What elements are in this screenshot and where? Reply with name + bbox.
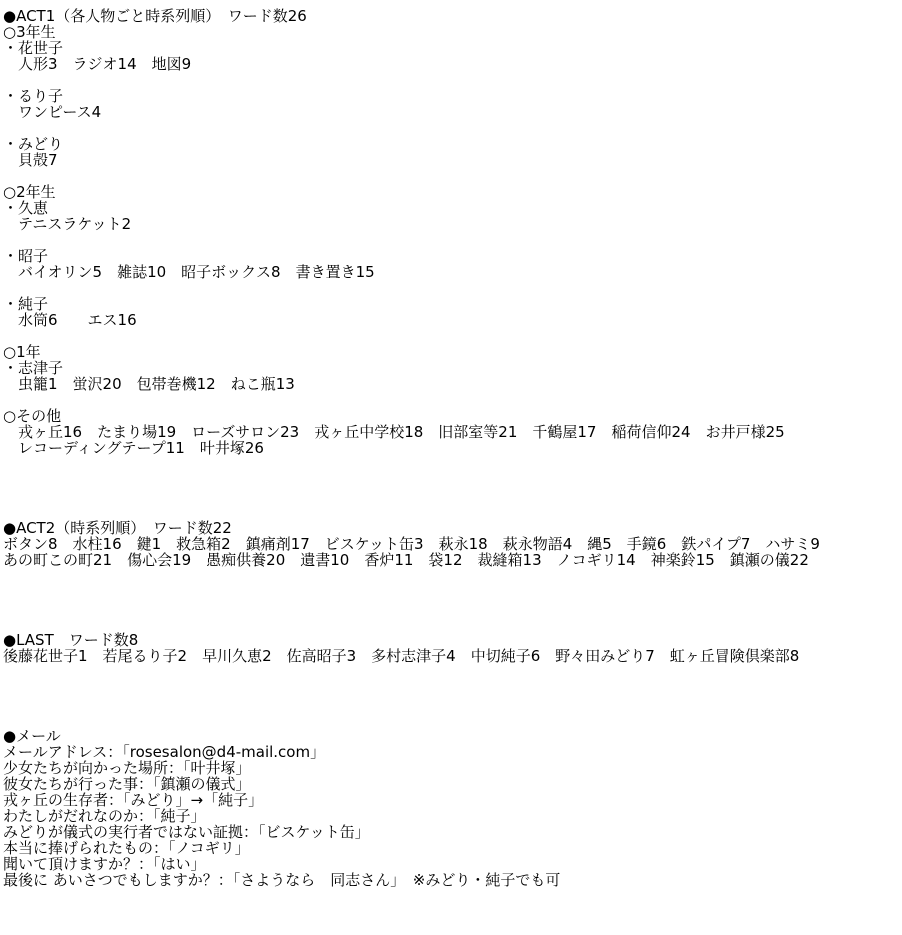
text-line-mail: 彼女たちが行った事：「鎮瀬の儀式」 (3, 776, 902, 792)
text-line-act1: ワンピース4 (3, 104, 902, 120)
section-header-mail: ●メール (3, 728, 902, 744)
text-line-act1: 虫籠1 蛍沢20 包帯巻機12 ねこ瓶13 (3, 376, 902, 392)
blank-line (3, 568, 902, 584)
text-line-mail: 最後に あいさつでもしますか？：「さようなら 同志さん」 ※みどり・純子でも可 (3, 872, 902, 888)
text-line-act2: ボタン8 水柱16 鍵1 救急箱2 鎮痛剤17 ビスケット缶3 萩永18 萩永物… (3, 536, 902, 552)
blank-line (3, 504, 902, 520)
text-line-act1: ・久恵 (3, 200, 902, 216)
text-line-act1: 戎ヶ丘16 たまり場19 ローズサロン23 戎ヶ丘中学校18 旧部室等21 千鶴… (3, 424, 902, 440)
text-line-act1: ○3年生 (3, 24, 902, 40)
text-line-act1: ・昭子 (3, 248, 902, 264)
blank-line (3, 120, 902, 136)
text-line-act1: ○2年生 (3, 184, 902, 200)
blank-line (3, 456, 902, 472)
text-line-act1: 貝殻7 (3, 152, 902, 168)
text-line-act2: あの町この町21 傷心会19 愚痴供養20 遺書10 香炉11 袋12 裁縫箱1… (3, 552, 902, 568)
text-line-act1: ・みどり (3, 136, 902, 152)
blank-line (3, 584, 902, 600)
blank-line (3, 712, 902, 728)
text-line-mail: 戎ヶ丘の生存者：「みどり」→「純子」 (3, 792, 902, 808)
blank-line (3, 328, 902, 344)
section-header-act2: ●ACT2（時系列順） ワード数22 (3, 520, 902, 536)
text-line-last: 後藤花世子1 若尾るり子2 早川久恵2 佐高昭子3 多村志津子4 中切純子6 野… (3, 648, 902, 664)
text-line-mail: 本当に捧げられたもの：「ノコギリ」 (3, 840, 902, 856)
blank-line (3, 392, 902, 408)
text-line-act1: ・志津子 (3, 360, 902, 376)
text-line-act1: レコーディングテープ11 叶井塚26 (3, 440, 902, 456)
text-line-act1: ・花世子 (3, 40, 902, 56)
text-line-act1: 水筒6 エス16 (3, 312, 902, 328)
blank-line (3, 232, 902, 248)
section-header-last: ●LAST ワード数8 (3, 632, 902, 648)
text-line-mail: みどりが儀式の実行者ではない証拠：「ビスケット缶」 (3, 824, 902, 840)
text-line-act1: テニスラケット2 (3, 216, 902, 232)
blank-line (3, 168, 902, 184)
blank-line (3, 696, 902, 712)
text-line-mail: 少女たちが向かった場所：「叶井塚」 (3, 760, 902, 776)
blank-line (3, 488, 902, 504)
blank-line (3, 616, 902, 632)
text-line-act1: 人形3 ラジオ14 地図9 (3, 56, 902, 72)
text-line-act1: ・るり子 (3, 88, 902, 104)
blank-line (3, 472, 902, 488)
blank-line (3, 600, 902, 616)
text-line-mail: 聞いて頂けますか？：「はい」 (3, 856, 902, 872)
text-line-act1: ○その他 (3, 408, 902, 424)
text-line-act1: ・純子 (3, 296, 902, 312)
blank-line (3, 680, 902, 696)
text-line-mail: わたしがだれなのか：「純子」 (3, 808, 902, 824)
text-line-mail: メールアドレス：「rosesalon@d4-mail.com」 (3, 744, 902, 760)
text-line-act1: ○1年 (3, 344, 902, 360)
blank-line (3, 664, 902, 680)
blank-line (3, 72, 902, 88)
text-line-act1: バイオリン5 雑誌10 昭子ボックス8 書き置き15 (3, 264, 902, 280)
section-header-act1: ●ACT1（各人物ごと時系列順） ワード数26 (3, 8, 902, 24)
blank-line (3, 280, 902, 296)
document-body: ●ACT1（各人物ごと時系列順） ワード数26○3年生・花世子 人形3 ラジオ1… (0, 0, 902, 888)
